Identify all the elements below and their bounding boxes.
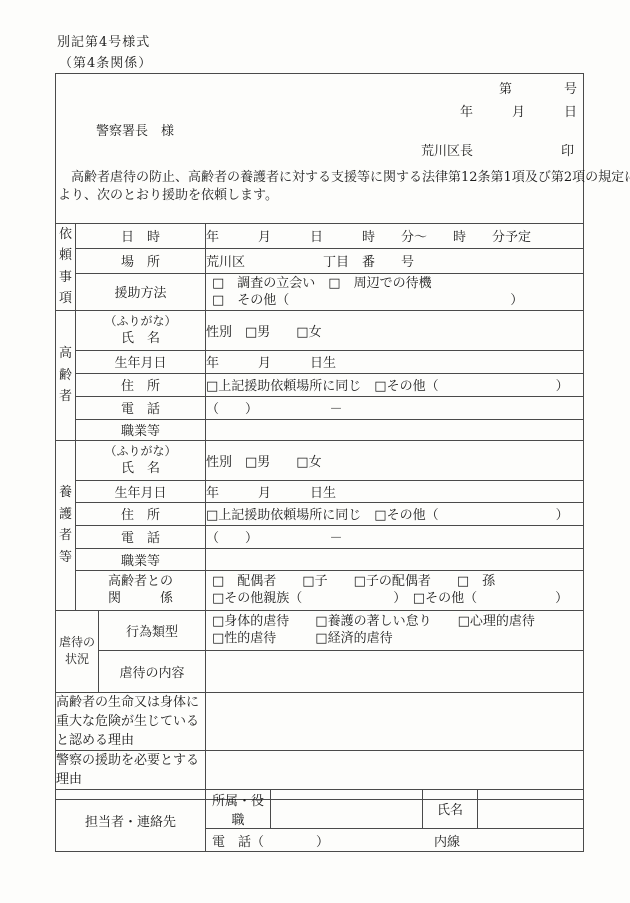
caregiver-relation-options: □ 配偶者 □子 □子の配偶者 □ 孫 □その他親族（ ） □その他（ ） — [206, 570, 584, 610]
caregiver-job-value — [206, 548, 584, 570]
elder-birth-label: 生年月日 — [76, 350, 206, 373]
elder-job-value — [206, 419, 584, 440]
reason-police-value — [206, 750, 584, 789]
caregiver-job-label: 職業等 — [76, 548, 206, 570]
field-method-options: □ 調査の立会い □ 周辺での待機 □ その他（ ） — [206, 273, 584, 310]
relation-option-line-1: □ 配偶者 □子 □子の配偶者 □ 孫 — [206, 573, 583, 590]
reason-danger-label: 高齢者の生命又は身体に重大な危険が生じていると認める理由 — [56, 692, 206, 750]
intro-line-2: より、次のとおり援助を依頼します。 — [58, 187, 581, 205]
caregiver-address-label: 住 所 — [76, 502, 206, 525]
reason-police-label: 警察の援助を必要とする理由 — [56, 750, 206, 789]
intro-line-1: 高齢者虐待の防止、高齢者の養護者に対する支援等に関する法律第12条第1項及び第2… — [58, 169, 581, 187]
caregiver-relation-label: 高齢者との 関 係 — [76, 570, 206, 610]
sender-name: 荒川区長 — [421, 140, 473, 159]
contact-extension-label: 内線 — [434, 831, 460, 850]
seal-mark: 印 — [561, 140, 574, 159]
elder-address-label: 住 所 — [76, 373, 206, 396]
relation-option-line-2: □その他親族（ ） □その他（ ） — [206, 590, 583, 607]
abuse-content-label: 虐待の内容 — [99, 650, 206, 692]
section-request-side-label: 依頼事項 — [56, 224, 76, 311]
reason-danger-value — [206, 692, 584, 750]
document-number-line: 第 号 — [499, 78, 577, 97]
caregiver-sex-field: 性別 □男 □女 — [206, 440, 584, 480]
abuse-type-line-1: □身体的虐待 □養護の著しい怠り □心理的虐待 — [206, 613, 583, 630]
section-abuse-side-label: 虐待の 状況 — [56, 610, 99, 692]
caregiver-address-value: □上記援助依頼場所に同じ □その他（ ） — [206, 502, 584, 525]
field-place-value: 荒川区 丁目 番 号 — [206, 248, 584, 273]
abuse-type-options: □身体的虐待 □養護の著しい怠り □心理的虐待 □性的虐待 □経済的虐待 — [206, 610, 584, 650]
caregiver-birth-label: 生年月日 — [76, 480, 206, 502]
section-elder-side-label: 高齢者 — [56, 310, 76, 440]
field-place-label: 場 所 — [76, 248, 206, 273]
caregiver-name-label: （ふりがな） 氏 名 — [76, 440, 206, 480]
elder-sex-field: 性別 □男 □女 — [206, 310, 584, 350]
intro-paragraph: 高齢者虐待の防止、高齢者の養護者に対する支援等に関する法律第12条第1項及び第2… — [58, 169, 581, 204]
form-reference: （第4条関係） — [59, 52, 152, 71]
elder-phone-value: （ ） － — [206, 396, 584, 419]
caregiver-phone-label: 電 話 — [76, 525, 206, 548]
contact-name-value — [478, 789, 584, 828]
elder-phone-label: 電 話 — [76, 396, 206, 419]
form-table: 依頼事項 日 時 年 月 日 時 分～ 時 分予定 場 所 荒川区 丁目 番 号… — [55, 223, 584, 852]
abuse-content-value — [206, 650, 584, 692]
method-option-line-2: □ その他（ ） — [206, 292, 583, 309]
abuse-type-label: 行為類型 — [99, 610, 206, 650]
contact-phone-row: 電 話（ ） 内線 — [206, 828, 584, 851]
method-option-line-1: □ 調査の立会い □ 周辺での待機 — [206, 275, 583, 292]
section-caregiver-side-label: 養護者等 — [56, 440, 76, 610]
field-datetime-label: 日 時 — [76, 224, 206, 249]
contact-dept-value — [271, 789, 423, 828]
elder-birth-value: 年 月 日生 — [206, 350, 584, 373]
elder-address-value: □上記援助依頼場所に同じ □その他（ ） — [206, 373, 584, 396]
elder-job-label: 職業等 — [76, 419, 206, 440]
elder-name-label: （ふりがな） 氏 名 — [76, 310, 206, 350]
abuse-type-line-2: □性的虐待 □経済的虐待 — [206, 630, 583, 647]
contact-section-label: 担当者・連絡先 — [56, 789, 206, 851]
contact-name-label: 氏名 — [423, 789, 478, 828]
addressee: 警察署長 様 — [96, 120, 174, 139]
caregiver-phone-value: （ ） － — [206, 525, 584, 548]
document-date-line: 年 月 日 — [460, 101, 577, 120]
caregiver-birth-value: 年 月 日生 — [206, 480, 584, 502]
form-outer-box: 第 号 年 月 日 警察署長 様 荒川区長 印 高齢者虐待の防止、高齢者の養護者… — [55, 73, 584, 800]
contact-phone-label: 電 話（ ） — [212, 831, 329, 850]
field-method-label: 援助方法 — [76, 273, 206, 310]
form-id: 別記第4号様式 — [57, 31, 150, 50]
field-datetime-value: 年 月 日 時 分～ 時 分予定 — [206, 224, 584, 249]
contact-dept-label: 所属・役職 — [206, 789, 271, 828]
